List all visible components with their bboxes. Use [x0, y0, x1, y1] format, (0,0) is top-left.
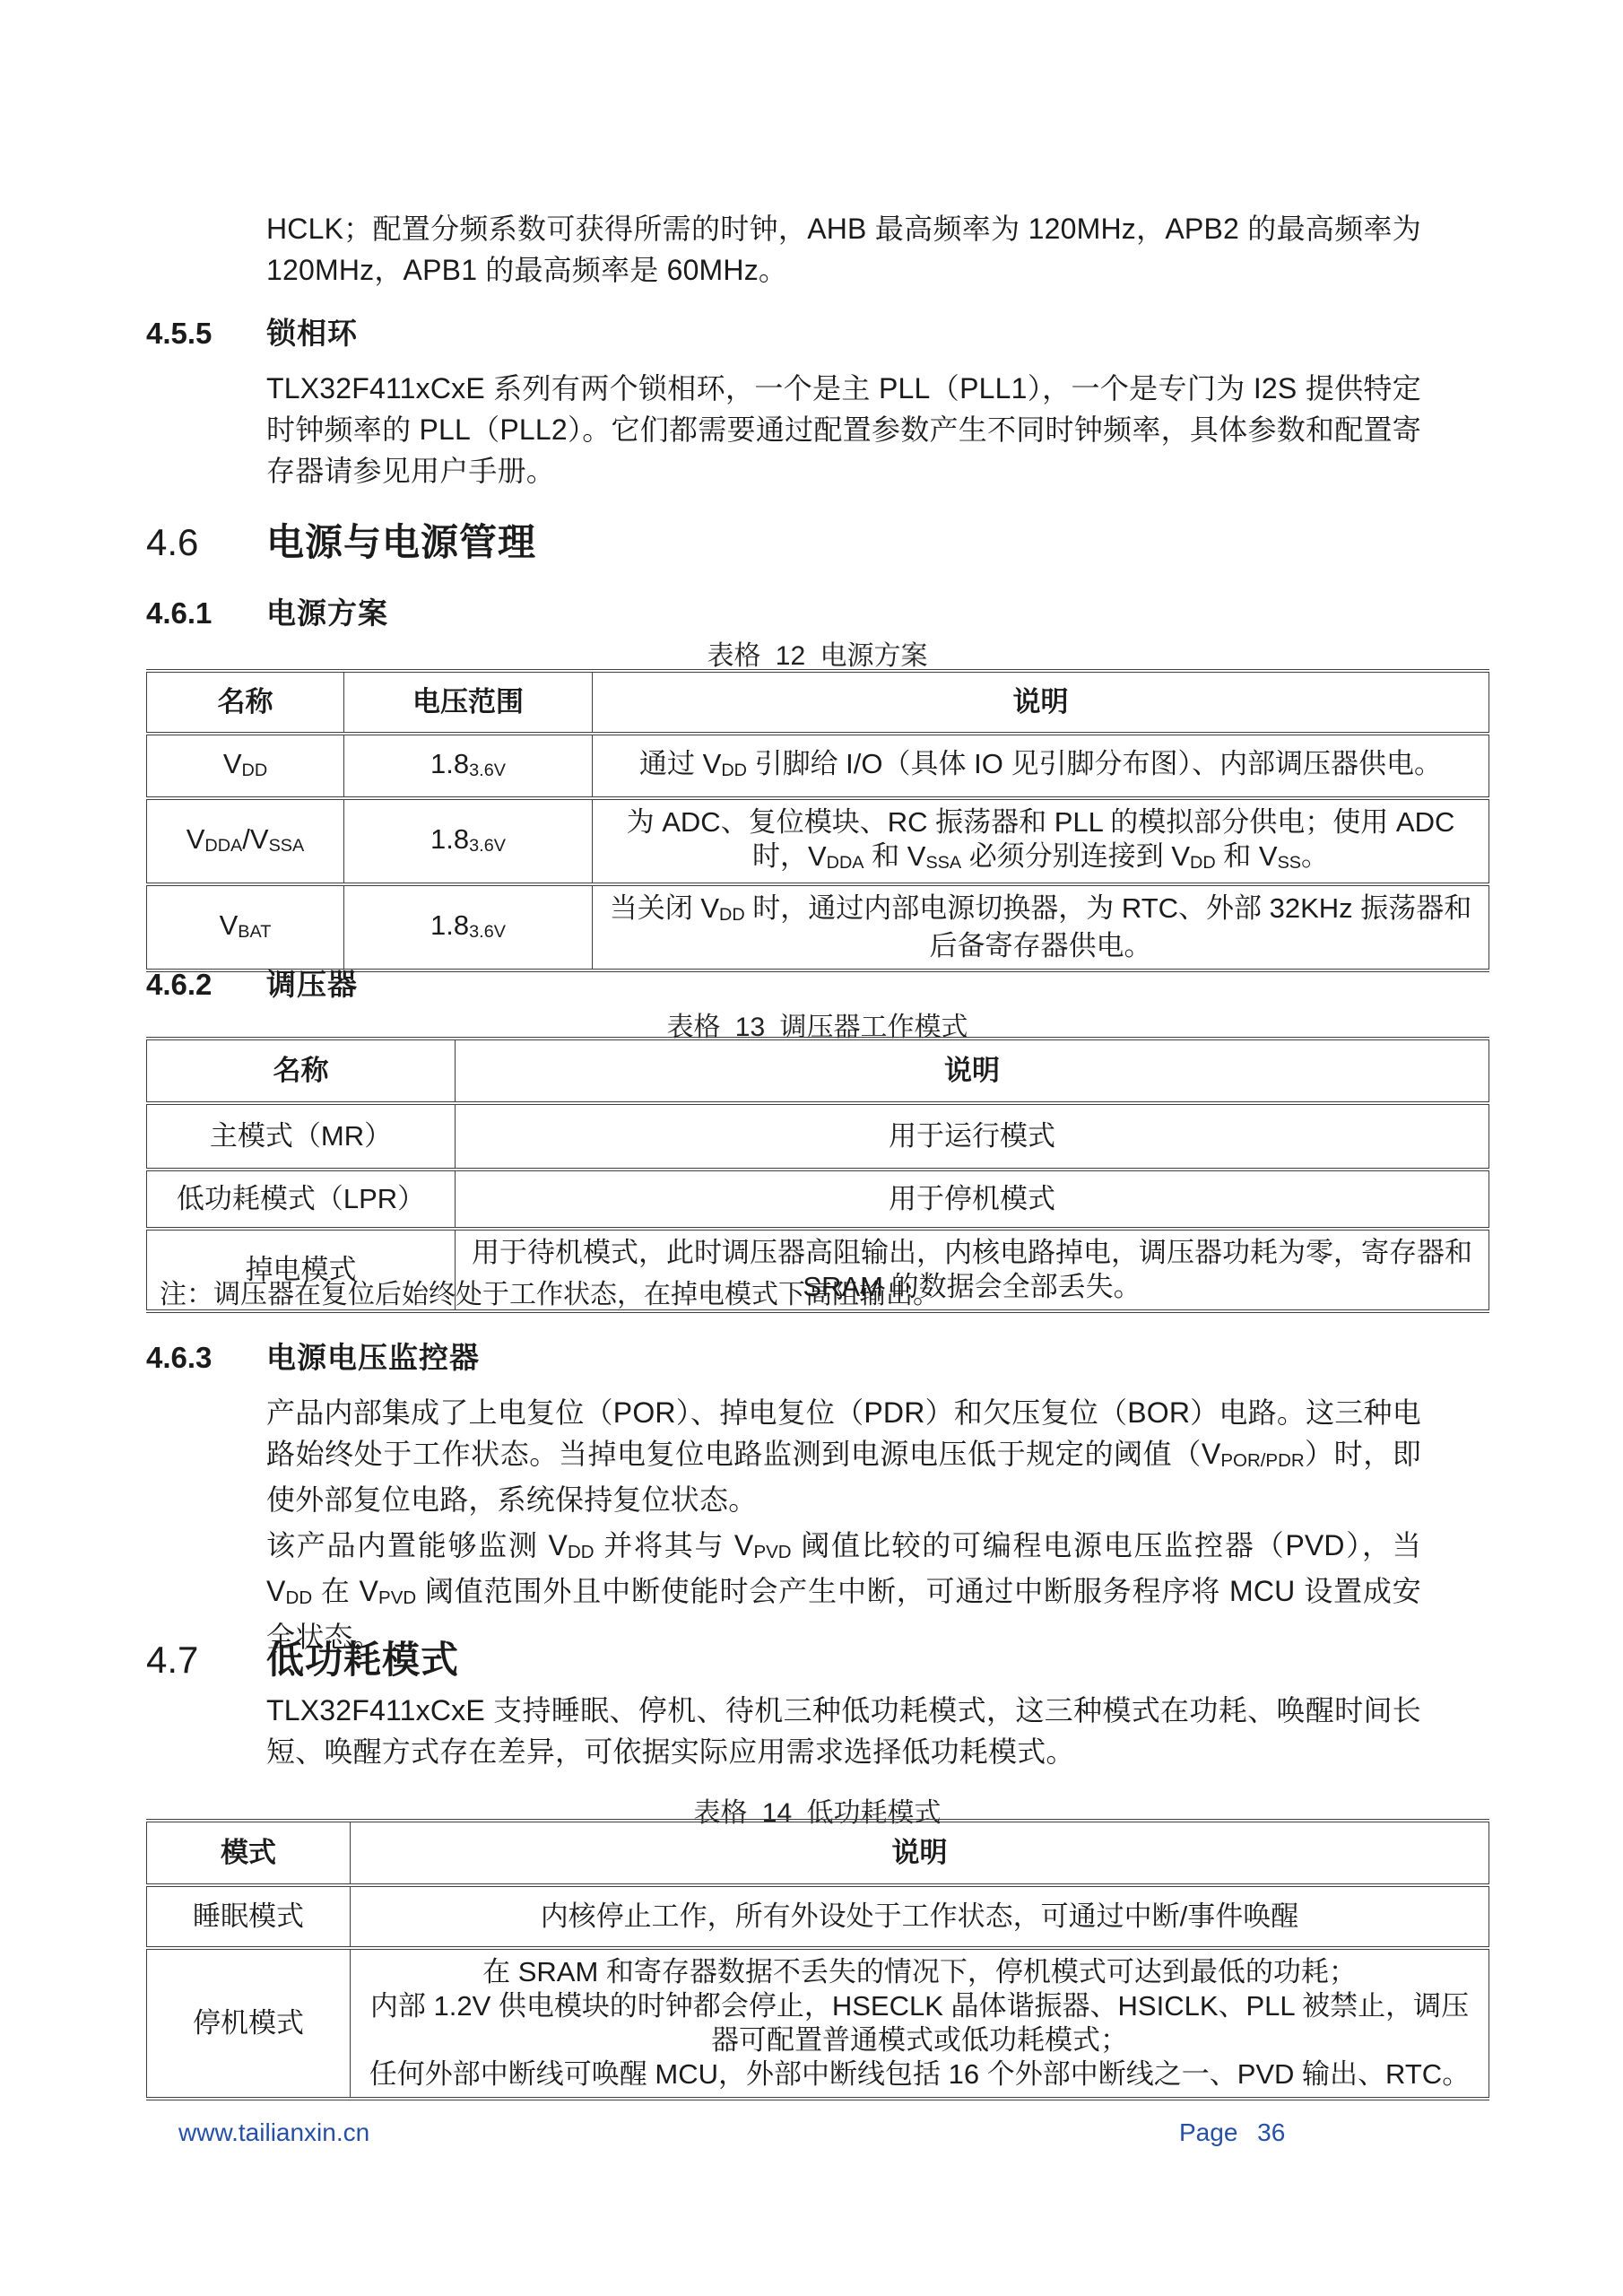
- table-cell: 1.83.6V: [344, 734, 593, 798]
- table-header-cell: 说明: [351, 1821, 1489, 1885]
- table-cell: 用于运行模式: [456, 1103, 1489, 1170]
- footer-site-url: www.tailianxin.cn: [178, 2118, 369, 2147]
- low-power-table-block: 模式 说明 睡眠模式 内核停止工作，所有外设处于工作状态，可通过中断/事件唤醒 …: [146, 1819, 1488, 2100]
- table-header-cell: 模式: [147, 1821, 351, 1885]
- table-header-row: 名称 电压范围 说明: [147, 671, 1489, 734]
- section-heading-4-5-5: 4.5.5 锁相环: [146, 310, 1488, 352]
- table-header-cell: 说明: [593, 671, 1489, 734]
- heading-title: 调压器: [266, 961, 358, 1004]
- heading-title: 锁相环: [266, 310, 358, 352]
- table-cell: 停机模式: [147, 1948, 351, 2099]
- intro-paragraph-block: HCLK；配置分频系数可获得所需的时钟，AHB 最高频率为 120MHz，APB…: [146, 208, 1488, 319]
- table-row: 停机模式 在 SRAM 和寄存器数据不丢失的情况下，停机模式可达到最低的功耗；内…: [147, 1948, 1489, 2099]
- table-cell: VBAT: [147, 884, 344, 970]
- heading-number: 4.6.1: [146, 596, 266, 631]
- heading-number: 4.6.3: [146, 1341, 266, 1375]
- intro-paragraph: HCLK；配置分频系数可获得所需的时钟，AHB 最高频率为 120MHz，APB…: [266, 208, 1421, 291]
- table-cell: 内核停止工作，所有外设处于工作状态，可通过中断/事件唤醒: [351, 1885, 1489, 1948]
- heading-title: 电源与电源管理: [266, 513, 536, 567]
- table-header-cell: 电压范围: [344, 671, 593, 734]
- footer-page-number: Page 36: [1179, 2118, 1285, 2147]
- table-row: VDDA/VSSA 1.83.6V 为 ADC、复位模块、RC 振荡器和 PLL…: [147, 798, 1489, 884]
- section-heading-4-6: 4.6 电源与电源管理: [146, 513, 1488, 567]
- heading-title: 电源电压监控器: [266, 1335, 480, 1377]
- table-cell: VDDA/VSSA: [147, 798, 344, 884]
- section-heading-4-6-2: 4.6.2 调压器: [146, 961, 1488, 1004]
- table-cell: 睡眠模式: [147, 1885, 351, 1948]
- heading-number: 4.5.5: [146, 317, 266, 351]
- heading-number: 4.7: [146, 1639, 266, 1682]
- table-cell: 用于停机模式: [456, 1170, 1489, 1229]
- table-header-row: 名称 说明: [147, 1039, 1489, 1103]
- heading-title: 电源方案: [266, 590, 388, 632]
- paragraph-4-6-3-1: 产品内部集成了上电复位（POR）、掉电复位（PDR）和欠压复位（BOR）电路。这…: [266, 1392, 1421, 1520]
- table-row: VDD 1.83.6V 通过 VDD 引脚给 I/O（具体 IO 见引脚分布图）…: [147, 734, 1489, 798]
- section-heading-4-6-1: 4.6.1 电源方案: [146, 590, 1488, 632]
- power-supply-table-block: 名称 电压范围 说明 VDD 1.83.6V 通过 VDD 引脚给 I/O（具体…: [146, 669, 1488, 972]
- table-header-row: 模式 说明: [147, 1821, 1489, 1885]
- heading-number: 4.6: [146, 521, 266, 564]
- table-cell: VDD: [147, 734, 344, 798]
- table-cell: 通过 VDD 引脚给 I/O（具体 IO 见引脚分布图）、内部调压器供电。: [593, 734, 1489, 798]
- table-row: 睡眠模式 内核停止工作，所有外设处于工作状态，可通过中断/事件唤醒: [147, 1885, 1489, 1948]
- heading-number: 4.6.2: [146, 968, 266, 1002]
- section-heading-4-6-3: 4.6.3 电源电压监控器: [146, 1335, 1488, 1377]
- heading-title: 低功耗模式: [266, 1631, 459, 1684]
- power-supply-table: 名称 电压范围 说明 VDD 1.83.6V 通过 VDD 引脚给 I/O（具体…: [146, 669, 1489, 972]
- regulator-note: 注：调压器在复位后始终处于工作状态，在掉电模式下高阻输出。: [160, 1277, 1502, 1313]
- table-cell: 在 SRAM 和寄存器数据不丢失的情况下，停机模式可达到最低的功耗；内部 1.2…: [351, 1948, 1489, 2099]
- table-cell: 低功耗模式（LPR）: [147, 1170, 456, 1229]
- table-cell: 1.83.6V: [344, 798, 593, 884]
- table-cell: 1.83.6V: [344, 884, 593, 970]
- table-row: 主模式（MR） 用于运行模式: [147, 1103, 1489, 1170]
- document-page: HCLK；配置分频系数可获得所需的时钟，AHB 最高频率为 120MHz，APB…: [0, 0, 1623, 2296]
- table-cell: 主模式（MR）: [147, 1103, 456, 1170]
- table-caption-12: 表格 12 电源方案: [146, 633, 1488, 673]
- paragraph-4-7: TLX32F411xCxE 支持睡眠、停机、待机三种低功耗模式，这三种模式在功耗…: [266, 1690, 1421, 1772]
- low-power-table: 模式 说明 睡眠模式 内核停止工作，所有外设处于工作状态，可通过中断/事件唤醒 …: [146, 1819, 1489, 2100]
- table-cell: 当关闭 VDD 时，通过内部电源切换器，为 RTC、外部 32KHz 振荡器和后…: [593, 884, 1489, 970]
- table-header-cell: 名称: [147, 1039, 456, 1103]
- table-row: VBAT 1.83.6V 当关闭 VDD 时，通过内部电源切换器，为 RTC、外…: [147, 884, 1489, 970]
- regulator-table-block: 名称 说明 主模式（MR） 用于运行模式 低功耗模式（LPR） 用于停机模式 掉…: [146, 1037, 1488, 1313]
- paragraph-4-7-block: TLX32F411xCxE 支持睡眠、停机、待机三种低功耗模式，这三种模式在功耗…: [146, 1690, 1488, 1801]
- regulator-table: 名称 说明 主模式（MR） 用于运行模式 低功耗模式（LPR） 用于停机模式 掉…: [146, 1037, 1489, 1313]
- section-heading-4-7: 4.7 低功耗模式: [146, 1631, 1488, 1684]
- paragraph-4-5-5: TLX32F411xCxE 系列有两个锁相环，一个是主 PLL（PLL1），一个…: [266, 368, 1421, 491]
- table-row: 低功耗模式（LPR） 用于停机模式: [147, 1170, 1489, 1229]
- paragraph-4-5-5-block: TLX32F411xCxE 系列有两个锁相环，一个是主 PLL（PLL1），一个…: [146, 368, 1488, 520]
- table-header-cell: 名称: [147, 671, 344, 734]
- table-header-cell: 说明: [456, 1039, 1489, 1103]
- table-cell: 为 ADC、复位模块、RC 振荡器和 PLL 的模拟部分供电；使用 ADC 时，…: [593, 798, 1489, 884]
